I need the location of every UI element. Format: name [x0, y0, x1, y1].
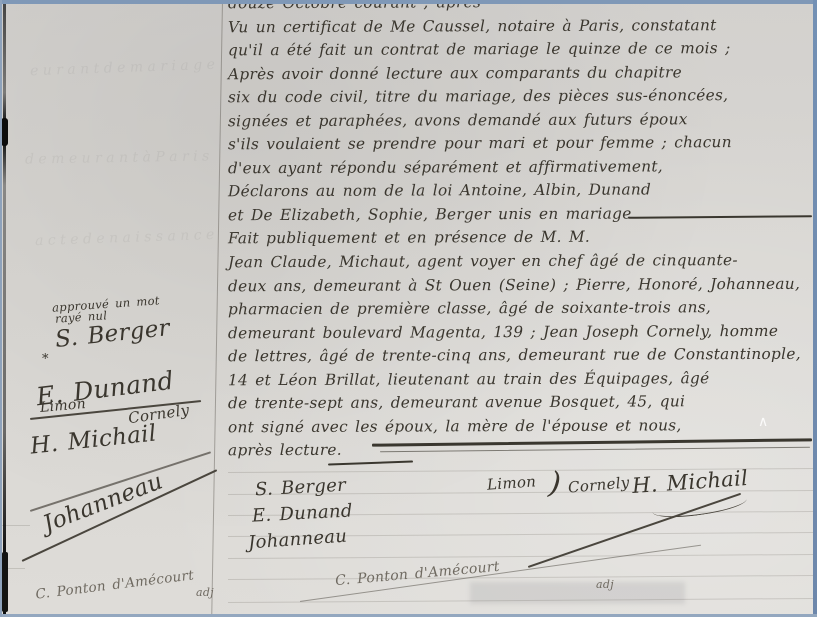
margin-signature-michail: H. Michail [29, 420, 158, 459]
bottom-signature-johanneau: Johanneau [247, 526, 347, 554]
manuscript-line: Jean Claude, Michaut, agent voyer en che… [228, 249, 814, 275]
manuscript-line: après lecture. [228, 437, 814, 463]
faint-watermark-smudge [470, 582, 685, 604]
bleed-through-text: a c t e d e n a i s s a n c e [35, 227, 215, 249]
manuscript-line: pharmacien de première classe, âgé de so… [228, 296, 814, 322]
manuscript-text-block: douze Octobre courant ; après Vu un cert… [228, 0, 814, 462]
manuscript-line: Vu un certificat de Me Caussel, notaire … [228, 13, 814, 39]
bottom-signature-ponton-suffix: adj [596, 578, 614, 591]
manuscript-line: demeurant boulevard Magenta, 139 ; Jean … [228, 319, 814, 345]
signature-bracket: ) [547, 465, 563, 501]
manuscript-line: Après avoir donné lecture aux comparants… [228, 60, 814, 86]
manuscript-line: de lettres, âgé de trente-cinq ans, deme… [228, 343, 814, 369]
manuscript-line: Déclarons au nom de la loi Antoine, Albi… [228, 178, 814, 204]
bottom-signature-berger: S. Berger [255, 475, 347, 501]
ruled-line [228, 575, 813, 580]
scanned-register-page: e u r a n t d e m a r i a g e d e m e u … [0, 0, 817, 617]
digitization-caret-watermark: ∧ [758, 414, 768, 430]
manuscript-line: deux ans, demeurant à St Ouen (Seine) ; … [228, 272, 814, 298]
manuscript-line: s'ils voulaient se prendre pour mari et … [228, 131, 814, 157]
manuscript-line: Fait publiquement et en présence de M. M… [228, 225, 814, 251]
signature-flourish-stroke [528, 493, 741, 568]
bleed-through-text: d e m e u r a n t à P a r i s [25, 148, 210, 167]
scan-border-left [0, 0, 2, 617]
manuscript-line: de trente-sept ans, demeurant avenue Bos… [228, 390, 814, 416]
margin-signature-ponton-suffix: adj [196, 586, 214, 599]
bottom-signature-cornely: Cornely [567, 473, 630, 496]
manuscript-line: et De Elizabeth, Sophie, Berger unis en … [228, 202, 814, 228]
margin-rule-line [211, 0, 223, 617]
manuscript-line: six du code civil, titre du mariage, des… [228, 84, 814, 110]
manuscript-line: d'eux ayant répondu séparément et affirm… [228, 155, 814, 181]
scan-border-top [0, 0, 817, 4]
margin-asterisk-mark: * [42, 352, 49, 367]
bottom-signature-dunand: E. Dunand [252, 500, 354, 526]
bleed-through-text: e u r a n t d e m a r i a g e [30, 57, 215, 79]
manuscript-line: signées et paraphées, avons demandé aux … [228, 107, 814, 133]
bottom-signature-limon: Limon [486, 472, 536, 493]
manuscript-line: 14 et Léon Brillat, lieutenant au train … [228, 366, 814, 392]
book-binding-edge [3, 0, 6, 617]
binding-ink-blot [1, 118, 8, 146]
binding-ink-blot [2, 552, 8, 612]
ruled-line [228, 554, 813, 559]
scan-border-right [813, 0, 817, 617]
manuscript-line: ont signé avec les époux, la mère de l'é… [228, 414, 814, 440]
manuscript-line: qu'il a été fait un contrat de mariage l… [228, 37, 814, 63]
margin-signature-ponton: C. Ponton d'Amécourt [35, 567, 195, 602]
